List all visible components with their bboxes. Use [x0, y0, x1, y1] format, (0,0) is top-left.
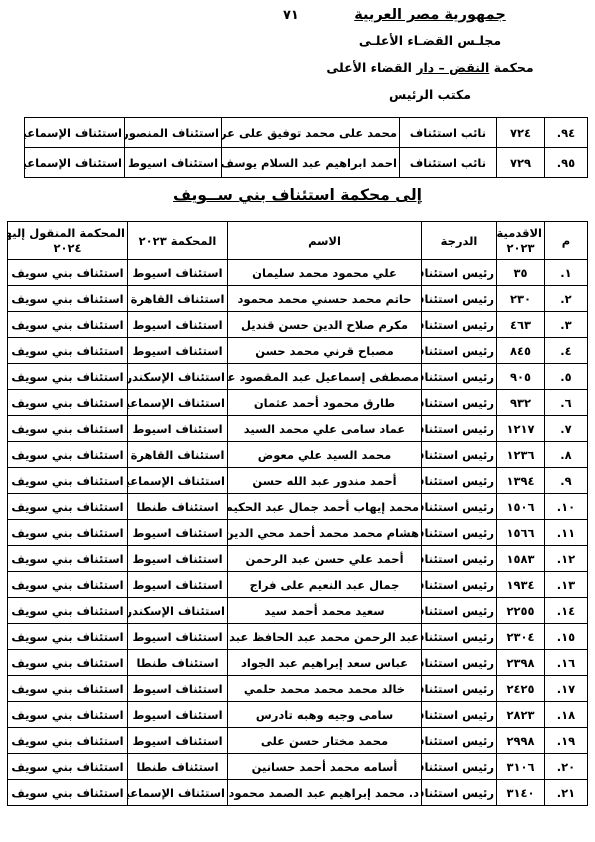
cell-grade: رئيس استئناف — [422, 442, 497, 468]
cell-court2023: استئناف اسيوط — [128, 260, 228, 286]
cell-grade: نائب استئناف — [400, 118, 497, 148]
cell-court2023: استئناف القاهرة — [128, 286, 228, 312]
cell-name: خالد محمد محمد محمد حلمي — [228, 676, 422, 702]
letterhead: جمهورية مصر العربية مجلـس القضـاء الأعلـ… — [318, 4, 542, 108]
col-header-serial: م — [545, 222, 588, 260]
cell-seniority: ٢٢٥٥ — [497, 598, 545, 624]
cell-no: ٥. — [545, 364, 588, 390]
court-line-prefix: محكمة — [489, 60, 533, 75]
cell-court2023: استئناف اسيوط — [128, 572, 228, 598]
cell-court2023: استئناف المنصورة — [125, 118, 222, 148]
cell-court2024: استئناف بني سويف — [8, 286, 128, 312]
cell-grade: رئيس استئناف — [422, 676, 497, 702]
cell-court2024: استئناف بني سويف — [8, 702, 128, 728]
cell-no: ١١. — [545, 520, 588, 546]
cell-grade: رئيس استئناف — [422, 338, 497, 364]
transfer-table: م الاقدمية ٢٠٢٣ الدرجة الاسم المحكمة ٢٠٢… — [7, 221, 588, 806]
cell-court2024: استئناف بني سويف — [8, 312, 128, 338]
cell-seniority: ٢٩٩٨ — [497, 728, 545, 754]
cell-grade: رئيس استئناف — [422, 468, 497, 494]
cell-court2023: استئناف اسيوط — [128, 676, 228, 702]
table-row: ١٧.٢٤٢٥رئيس استئنافخالد محمد محمد محمد ح… — [8, 676, 588, 702]
section-title: إلى محكمة استئناف بني ســويف — [0, 186, 595, 204]
table-row: ١٦.٢٣٩٨رئيس استئنافعباس سعد إبراهيم عبد … — [8, 650, 588, 676]
cell-name: محمد إيهاب أحمد جمال عبد الحكيم — [228, 494, 422, 520]
cell-seniority: ٣١٠٦ — [497, 754, 545, 780]
cell-court2023: استئناف اسيوط — [128, 416, 228, 442]
col-header-seniority: الاقدمية ٢٠٢٣ — [497, 222, 545, 260]
table-row: ٥.٩٠٥رئيس استئنافمصطفى إسماعيل عبد المقص… — [8, 364, 588, 390]
cell-court2023: استئناف الإسكندرية — [128, 598, 228, 624]
cell-seniority: ١٢١٧ — [497, 416, 545, 442]
cell-grade: رئيس استئناف — [422, 728, 497, 754]
cell-grade: رئيس استئناف — [422, 286, 497, 312]
court-line-underlined: النقض – دار — [416, 60, 489, 75]
cell-court2024: استئناف بني سويف — [8, 520, 128, 546]
cell-no: ١٦. — [545, 650, 588, 676]
table-row: ١٣.١٩٣٤رئيس استئنافجمال عبد النعيم على ف… — [8, 572, 588, 598]
cell-no: ١٤. — [545, 598, 588, 624]
cell-seniority: ١٢٣٦ — [497, 442, 545, 468]
table-row: ٢.٢٣٠رئيس استئنافحاتم محمد حسني محمد محم… — [8, 286, 588, 312]
table-row: ١٤.٢٢٥٥رئيس استئنافسعيد محمد أحمد سيداست… — [8, 598, 588, 624]
cell-grade: رئيس استئناف — [422, 260, 497, 286]
cell-court2024: استئناف بني سويف — [8, 728, 128, 754]
cell-no: ٣. — [545, 312, 588, 338]
col-header-seniority-line1: الاقدمية — [499, 226, 542, 241]
cell-court2024: استئناف بني سويف — [8, 364, 128, 390]
col-header-court-2024: المحكمة المنقول إليها ٢٠٢٤ — [8, 222, 128, 260]
cell-no: ٩٤. — [545, 118, 588, 148]
cell-no: ٩. — [545, 468, 588, 494]
table-row: ٢١.٣١٤٠رئيس استئنافد. محمد إبراهيم عبد ا… — [8, 780, 588, 806]
cell-seniority: ٣٥ — [497, 260, 545, 286]
cell-court2023: استئناف اسيوط — [128, 520, 228, 546]
table-row: ٩٤.٧٢٤نائب استئنافمحمد على محمد توفيق عل… — [25, 118, 588, 148]
cell-court2023: استئناف الإسماعيلية — [128, 780, 228, 806]
office-line: مكتب الرئيس — [318, 81, 542, 108]
cell-grade: رئيس استئناف — [422, 598, 497, 624]
cell-seniority: ٢٣٠ — [497, 286, 545, 312]
table-row: ١٢.١٥٨٣رئيس استئنافأحمد علي حسن عبد الرح… — [8, 546, 588, 572]
cell-name: علي محمود محمد سليمان — [228, 260, 422, 286]
cell-name: أحمد علي حسن عبد الرحمن — [228, 546, 422, 572]
col-header-seniority-line2: ٢٠٢٣ — [499, 241, 542, 256]
table-row: ١١.١٥٦٦رئيس استئنافهشام محمد محمد أحمد م… — [8, 520, 588, 546]
col-header-court-2023: المحكمة ٢٠٢٣ — [128, 222, 228, 260]
col-header-court-2024-line2: ٢٠٢٤ — [10, 241, 125, 256]
cell-seniority: ٧٢٩ — [497, 148, 545, 178]
cell-grade: رئيس استئناف — [422, 546, 497, 572]
cell-court2024: استئناف بني سويف — [8, 572, 128, 598]
cell-seniority: ٩٠٥ — [497, 364, 545, 390]
table-row: ١٠.١٥٠٦رئيس استئنافمحمد إيهاب أحمد جمال … — [8, 494, 588, 520]
cell-name: حاتم محمد حسني محمد محمود — [228, 286, 422, 312]
col-header-name: الاسم — [228, 222, 422, 260]
cell-court2023: استئناف طنطا — [128, 650, 228, 676]
cell-court2023: استئناف اسيوط — [128, 338, 228, 364]
cell-court2024: استئناف بني سويف — [8, 546, 128, 572]
cell-seniority: ١٥٦٦ — [497, 520, 545, 546]
cell-name: محمد مختار حسن على — [228, 728, 422, 754]
org-title: جمهورية مصر العربية — [318, 4, 542, 27]
cell-name: سامى وجيه وهبه تادرس — [228, 702, 422, 728]
cell-court2024: استئناف بني سويف — [8, 390, 128, 416]
cell-name: عماد سامى علي محمد السيد — [228, 416, 422, 442]
table-row: ١٨.٢٨٢٣رئيس استئنافسامى وجيه وهبه تادرسا… — [8, 702, 588, 728]
cell-name: محمد على محمد توفيق على عربه — [222, 118, 400, 148]
cell-grade: رئيس استئناف — [422, 702, 497, 728]
cell-court2023: استئناف اسيوط — [128, 546, 228, 572]
cell-seniority: ٨٤٥ — [497, 338, 545, 364]
cell-court2023: استئناف القاهرة — [128, 442, 228, 468]
cell-grade: رئيس استئناف — [422, 390, 497, 416]
cell-seniority: ١٩٣٤ — [497, 572, 545, 598]
cell-no: ٨. — [545, 442, 588, 468]
cell-name: مكرم صلاح الدين حسن قنديل — [228, 312, 422, 338]
table-row: ١٩.٢٩٩٨رئيس استئنافمحمد مختار حسن علىاست… — [8, 728, 588, 754]
cell-court2024: استئناف بني سويف — [8, 494, 128, 520]
cell-name: أسامه محمد أحمد حسانين — [228, 754, 422, 780]
table-row: ٤.٨٤٥رئيس استئنافمصباح قرني محمد حسناستئ… — [8, 338, 588, 364]
cell-court2024: استئناف الإسماعيلية — [25, 118, 125, 148]
cell-court2024: استئناف بني سويف — [8, 598, 128, 624]
cell-no: ٧. — [545, 416, 588, 442]
table-row: ٧.١٢١٧رئيس استئنافعماد سامى علي محمد الس… — [8, 416, 588, 442]
cell-court2024: استئناف بني سويف — [8, 260, 128, 286]
cell-no: ١٣. — [545, 572, 588, 598]
table-header-row: م الاقدمية ٢٠٢٣ الدرجة الاسم المحكمة ٢٠٢… — [8, 222, 588, 260]
council-line: مجلـس القضـاء الأعلـى — [318, 27, 542, 54]
cell-name: سعيد محمد أحمد سيد — [228, 598, 422, 624]
cell-court2024: استئناف بني سويف — [8, 754, 128, 780]
table-row: ٩.١٣٩٤رئيس استئنافأحمد مندور عبد الله حس… — [8, 468, 588, 494]
cell-court2023: استئناف اسيوط — [128, 728, 228, 754]
cell-court2024: استئناف بني سويف — [8, 338, 128, 364]
cell-name: محمد السيد علي معوض — [228, 442, 422, 468]
col-header-court-2024-line1: المحكمة المنقول إليها — [10, 226, 125, 241]
cell-seniority: ٩٣٢ — [497, 390, 545, 416]
cell-court2024: استئناف بني سويف — [8, 676, 128, 702]
cell-court2023: استئناف طنطا — [128, 494, 228, 520]
cell-seniority: ١٥٨٣ — [497, 546, 545, 572]
cell-seniority: ٧٢٤ — [497, 118, 545, 148]
cell-seniority: ٣١٤٠ — [497, 780, 545, 806]
cell-grade: رئيس استئناف — [422, 754, 497, 780]
cell-court2024: استئناف بني سويف — [8, 624, 128, 650]
cell-grade: رئيس استئناف — [422, 520, 497, 546]
cell-no: ٤. — [545, 338, 588, 364]
cell-name: عبد الرحمن محمد عبد الحافظ عبد الحليم — [228, 624, 422, 650]
cell-court2023: استئناف اسيوط — [128, 624, 228, 650]
cell-court2023: استئناف طنطا — [128, 754, 228, 780]
cell-name: مصطفى إسماعيل عبد المقصود عبد الرحمن — [228, 364, 422, 390]
cell-no: ١٢. — [545, 546, 588, 572]
page-number: ٧١ — [283, 8, 299, 23]
cell-seniority: ٢٨٢٣ — [497, 702, 545, 728]
cell-name: طارق محمود أحمد عثمان — [228, 390, 422, 416]
document-page: ٧١ جمهورية مصر العربية مجلـس القضـاء الأ… — [0, 0, 595, 842]
table-row: ١٥.٢٣٠٤رئيس استئنافعبد الرحمن محمد عبد ا… — [8, 624, 588, 650]
cell-grade: رئيس استئناف — [422, 364, 497, 390]
cell-court2024: استئناف بني سويف — [8, 780, 128, 806]
cell-no: ١٥. — [545, 624, 588, 650]
cell-grade: نائب استئناف — [400, 148, 497, 178]
cell-no: ١٠. — [545, 494, 588, 520]
court-line-suffix: القضاء الأعلى — [326, 60, 416, 75]
cell-court2024: استئناف بني سويف — [8, 416, 128, 442]
cell-name: د. محمد إبراهيم عبد الصمد محمود — [228, 780, 422, 806]
cell-court2023: استئناف اسيوط — [128, 312, 228, 338]
cell-seniority: ٤٦٣ — [497, 312, 545, 338]
cell-court2024: استئناف بني سويف — [8, 442, 128, 468]
cell-court2023: استئناف اسيوط — [128, 702, 228, 728]
table-row: ٦.٩٣٢رئيس استئنافطارق محمود أحمد عثماناس… — [8, 390, 588, 416]
cell-no: ١٧. — [545, 676, 588, 702]
table-row: ٩٥.٧٢٩نائب استئنافاحمد ابراهيم عبد السلا… — [25, 148, 588, 178]
cell-seniority: ٢٣٩٨ — [497, 650, 545, 676]
cell-no: ٦. — [545, 390, 588, 416]
cell-name: أحمد مندور عبد الله حسن — [228, 468, 422, 494]
cell-no: ٢. — [545, 286, 588, 312]
cell-court2024: استئناف الإسماعيلية — [25, 148, 125, 178]
table-row: ٨.١٢٣٦رئيس استئنافمحمد السيد علي معوضاست… — [8, 442, 588, 468]
cell-seniority: ١٥٠٦ — [497, 494, 545, 520]
cell-name: عباس سعد إبراهيم عبد الجواد — [228, 650, 422, 676]
cell-court2023: استئناف الإسماعيلية — [128, 390, 228, 416]
cell-seniority: ٢٤٢٥ — [497, 676, 545, 702]
cell-grade: رئيس استئناف — [422, 416, 497, 442]
cell-court2023: استئناف الإسماعيلية — [128, 468, 228, 494]
cell-court2024: استئناف بني سويف — [8, 650, 128, 676]
cell-no: ١٨. — [545, 702, 588, 728]
cell-name: هشام محمد محمد أحمد محي الدين — [228, 520, 422, 546]
cell-seniority: ٢٣٠٤ — [497, 624, 545, 650]
cell-no: ١٩. — [545, 728, 588, 754]
cell-name: جمال عبد النعيم على فراج — [228, 572, 422, 598]
table-row: ٣.٤٦٣رئيس استئنافمكرم صلاح الدين حسن قند… — [8, 312, 588, 338]
cell-grade: رئيس استئناف — [422, 312, 497, 338]
cell-seniority: ١٣٩٤ — [497, 468, 545, 494]
cell-grade: رئيس استئناف — [422, 572, 497, 598]
cell-grade: رئيس استئناف — [422, 624, 497, 650]
cell-no: ٩٥. — [545, 148, 588, 178]
cell-grade: رئيس استئناف — [422, 650, 497, 676]
table-row: ٢٠.٣١٠٦رئيس استئنافأسامه محمد أحمد حساني… — [8, 754, 588, 780]
court-line: محكمة النقض – دار القضاء الأعلى — [318, 54, 542, 81]
cell-no: ٢١. — [545, 780, 588, 806]
cell-court2023: استئناف اسيوط — [125, 148, 222, 178]
cell-grade: رئيس استئناف — [422, 494, 497, 520]
cell-court2023: استئناف الإسكندرية — [128, 364, 228, 390]
cell-grade: رئيس استئناف — [422, 780, 497, 806]
cell-no: ٢٠. — [545, 754, 588, 780]
table-row: ١.٣٥رئيس استئنافعلي محمود محمد سليماناست… — [8, 260, 588, 286]
continuation-table: ٩٤.٧٢٤نائب استئنافمحمد على محمد توفيق عل… — [24, 117, 588, 178]
cell-court2024: استئناف بني سويف — [8, 468, 128, 494]
cell-name: احمد ابراهيم عبد السلام يوسف — [222, 148, 400, 178]
col-header-grade: الدرجة — [422, 222, 497, 260]
cell-no: ١. — [545, 260, 588, 286]
cell-name: مصباح قرني محمد حسن — [228, 338, 422, 364]
